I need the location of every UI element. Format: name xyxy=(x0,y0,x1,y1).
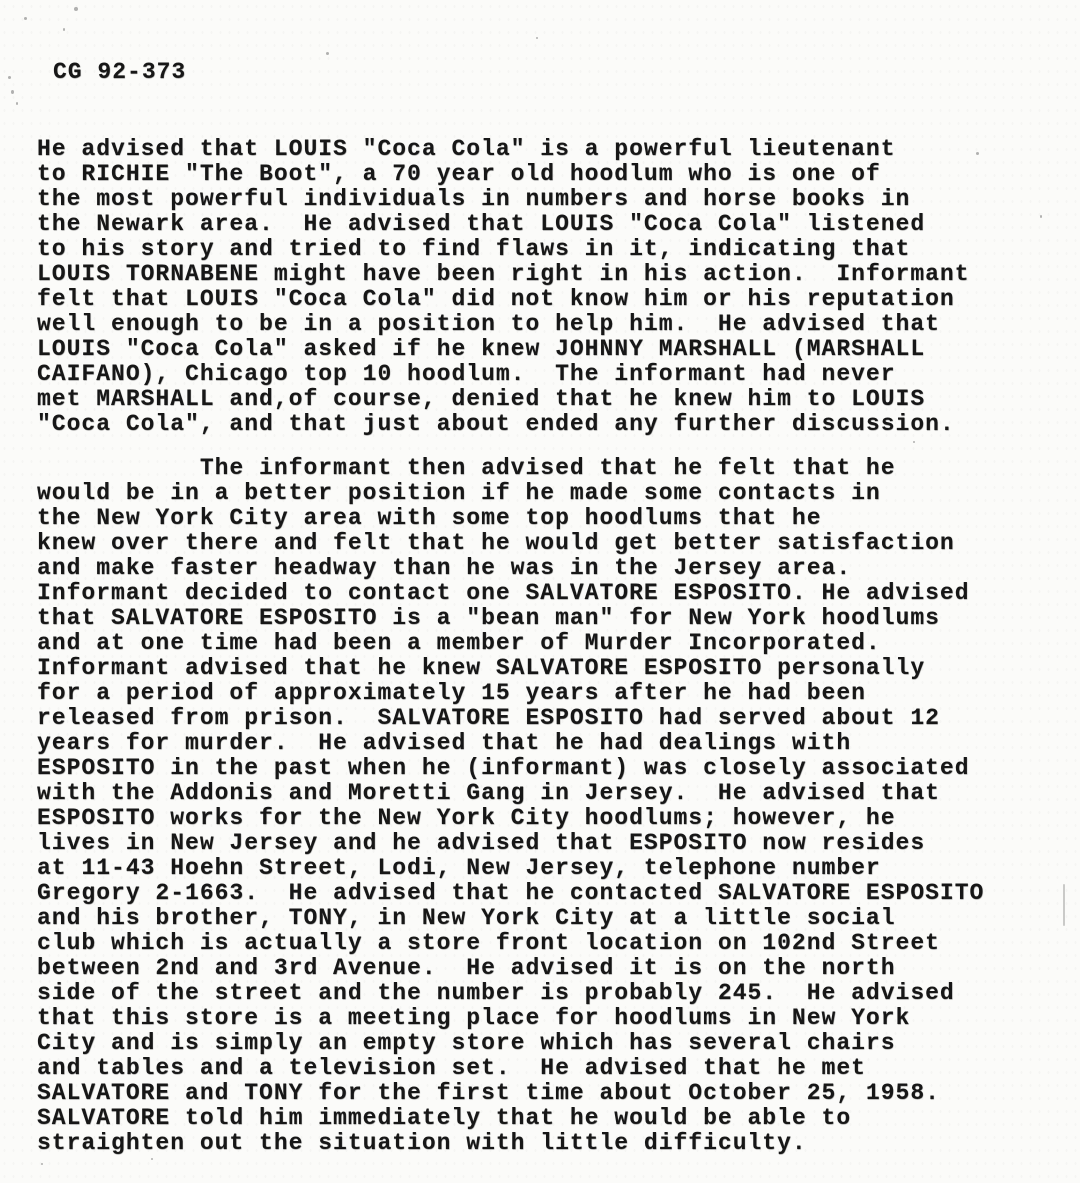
scan-speck xyxy=(976,152,979,155)
scan-speck xyxy=(326,52,329,55)
scan-speck xyxy=(41,1163,43,1165)
paragraph-1: He advised that LOUIS "Coca Cola" is a p… xyxy=(37,137,970,437)
scan-speck xyxy=(74,7,78,11)
paragraph-2: The informant then advised that he felt … xyxy=(37,456,984,1156)
scan-speck xyxy=(913,441,915,443)
case-number: CG 92-373 xyxy=(53,60,186,85)
scan-speck xyxy=(8,76,11,79)
scanned-document-page: CG 92-373 He advised that LOUIS "Coca Co… xyxy=(0,0,1080,1183)
scan-speck xyxy=(24,17,27,20)
scan-speck xyxy=(63,28,65,31)
scan-speck xyxy=(11,90,14,94)
scan-edge-mark xyxy=(1063,884,1065,926)
scan-speck xyxy=(536,37,538,39)
scan-speck xyxy=(16,102,18,105)
scan-speck xyxy=(1040,215,1042,218)
scan-speck xyxy=(151,1158,153,1160)
